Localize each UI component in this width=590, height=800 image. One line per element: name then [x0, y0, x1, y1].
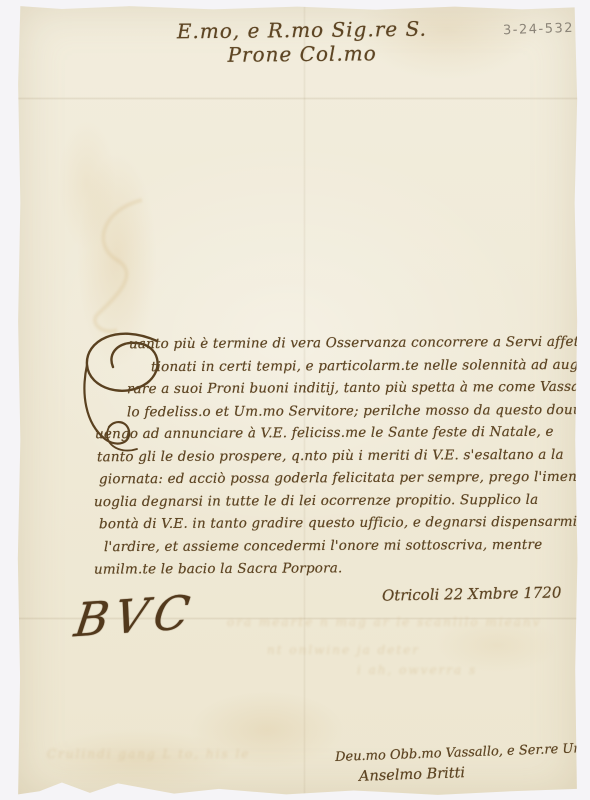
body-line: uengo ad annunciare à V.E. feliciss.me l…	[95, 424, 554, 442]
signature-name: Anselmo Britti	[359, 765, 466, 785]
body-line: bontà di V.E. in tanto gradire questo uf…	[99, 514, 577, 533]
body-line: rare a suoi Proni buoni inditij, tanto p…	[127, 379, 589, 397]
body-line: uanto più è termine di vera Osservanza c…	[129, 334, 584, 352]
calligraphic-monogram: BVC	[71, 584, 199, 647]
body-line: giornata: ed acciò possa goderla felicit…	[99, 469, 590, 488]
body-line: l'ardire, et assieme concedermi l'onore …	[104, 537, 542, 555]
dateline-place-and-date: Otricoli 22 Xmbre 1720	[382, 583, 562, 604]
bleedthrough-writing-line: nt onlwine ja deter	[267, 643, 420, 657]
bleedthrough-writing-line: i ah, owverra s	[357, 663, 477, 677]
closing-formula: Deu.mo Obb.mo Vassallo, e Ser.re Umil.mo	[335, 740, 590, 765]
ink-bleedthrough-flourish	[72, 190, 182, 340]
archival-catalog-number: 3-24-532	[503, 21, 574, 38]
bleedthrough-writing-line: ora mearte n mag ar le scanlilo mieanv	[227, 615, 541, 629]
body-line: tanto gli le desio prospere, q.nto più i…	[97, 447, 564, 465]
bleedthrough-writing-line: Crulindi gang L to, his le	[47, 747, 250, 761]
body-line: lo fedeliss.o et Um.mo Servitore; perilc…	[127, 402, 590, 421]
photograph-of-letter: 3-24-532 E.mo, e R.mo Sig.re S. Prone Co…	[0, 0, 590, 800]
horizontal-fold-crease	[17, 97, 578, 100]
body-line: tionati in certi tempi, e particolarm.te…	[151, 357, 590, 375]
manuscript-paper-sheet: 3-24-532 E.mo, e R.mo Sig.re S. Prone Co…	[17, 5, 578, 796]
vertical-fold-crease	[303, 5, 306, 796]
body-line: uoglia degnarsi in tutte le di lei ocorr…	[94, 492, 538, 510]
body-line: umilm.te le bacio la Sacra Porpora.	[94, 560, 343, 577]
letter-salutation: E.mo, e R.mo Sig.re S. Prone Col.mo	[152, 16, 452, 67]
